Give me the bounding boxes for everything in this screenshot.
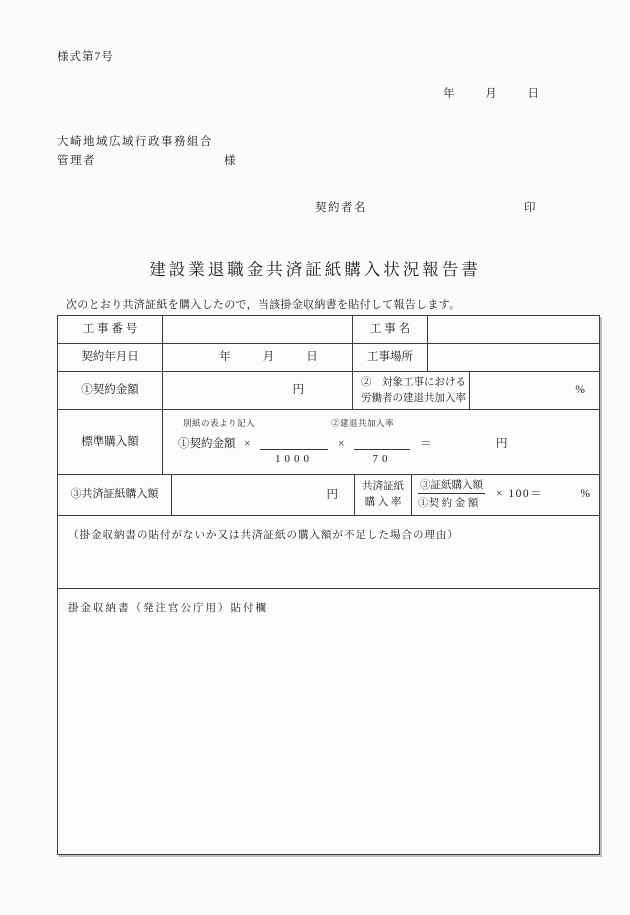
report-table: 工 事 番 号 工 事 名 契約年月日 年 月 日 工事場所 ①契約金額 円 ②… (57, 315, 600, 855)
purchase-rate-label: 共済証紙 購 入 率 (355, 475, 412, 515)
intro-text: 次のとおり共済証紙を購入したので，当該掛金収納書を貼付して報告します。 (66, 296, 460, 312)
multiply-sign-1: × (244, 437, 251, 451)
purchase-rate-formula: ③証紙購入額 ①契 約 金 額 × 100＝ % (412, 475, 599, 515)
addressee-organization: 大崎地域広域行政事務組合 (57, 136, 213, 150)
yen-unit-label: 円 (496, 437, 508, 451)
yen-unit-label: 円 (327, 488, 339, 502)
participation-rate-label-line1: ② 対象工事における (361, 375, 466, 391)
addressee-role: 管理者 (57, 155, 96, 169)
contract-day-label: 日 (306, 350, 318, 364)
blank-fraction-1 (260, 437, 328, 450)
table-row-contract-date: 契約年月日 年 月 日 工事場所 (58, 344, 599, 372)
multiply-sign-2: × (338, 437, 345, 451)
yen-unit-label: 円 (293, 383, 305, 397)
contractor-name-label: 契約者名 (315, 202, 367, 216)
date-year-label: 年 (443, 88, 455, 102)
document-page: 様式第7号 年 月 日 大崎地域広域行政事務組合 管理者 様 契約者名 印 建設… (0, 0, 630, 915)
receipt-attachment-area: 掛金収納書（発注官公庁用）貼付欄 (58, 589, 599, 854)
table-row-attachment: 掛金収納書（発注官公庁用）貼付欄 (58, 589, 599, 854)
rate-fraction-numerator: ③証紙購入額 (418, 479, 485, 494)
construction-name-label: 工 事 名 (353, 316, 428, 343)
stamp-purchase-label: ③共済証紙購入額 (58, 475, 172, 515)
purchase-rate-label-line1: 共済証紙 (362, 479, 404, 495)
standard-purchase-label: 標準購入額 (58, 410, 163, 474)
addressee-honorific: 様 (224, 155, 237, 169)
page-title: 建設業退職金共済証紙購入状況報告書 (0, 256, 630, 280)
date-line: 年 月 日 (443, 88, 539, 102)
purchase-rate-label-line2: 購 入 率 (365, 495, 402, 511)
denominator-70: 70 (354, 453, 410, 467)
contract-year-label: 年 (219, 350, 231, 364)
formula-note-attached-table: 別紙の表より記入 (183, 418, 255, 429)
addressee-line: 管理者 様 (57, 155, 237, 169)
table-row-reason: （掛金収納書の貼付がないか又は共済証紙の購入額が不足した場合の理由） (58, 516, 599, 589)
reason-note: （掛金収納書の貼付がないか又は共済証紙の購入額が不足した場合の理由） (58, 516, 599, 588)
equals-sign: ＝ (420, 437, 432, 451)
site-location-field (428, 344, 599, 371)
participation-rate-label-line2: 労働者の建退共加入率 (361, 391, 466, 407)
formula-note-rate: ②建退共加入率 (331, 418, 394, 429)
percent-unit-label: % (575, 383, 585, 397)
rate-fraction-denominator: ①契 約 金 額 (418, 497, 478, 510)
construction-number-field (163, 316, 353, 343)
participation-rate-label: ② 対象工事における 労働者の建退共加入率 (353, 372, 470, 409)
form-number: 様式第7号 (57, 51, 114, 65)
table-row-standard-purchase: 標準購入額 別紙の表より記入 ②建退共加入率 ①契約金額 × 1000 × 70… (58, 410, 599, 475)
contractor-line: 契約者名 印 (315, 202, 537, 216)
construction-number-label: 工 事 番 号 (58, 316, 163, 343)
contract-amount-label: ①契約金額 (58, 372, 163, 409)
site-location-label: 工事場所 (353, 344, 428, 371)
blank-fraction-2 (354, 437, 410, 450)
contract-amount-field: 円 (163, 372, 353, 409)
formula-prefix: ①契約金額 (178, 437, 236, 451)
standard-purchase-formula: 別紙の表より記入 ②建退共加入率 ①契約金額 × 1000 × 70 ＝ 円 (163, 410, 599, 474)
construction-name-field (428, 316, 599, 343)
seal-label: 印 (524, 202, 537, 216)
participation-rate-field: % (470, 372, 599, 409)
table-row-stamp-purchase: ③共済証紙購入額 円 共済証紙 購 入 率 ③証紙購入額 ①契 約 金 額 × … (58, 475, 599, 516)
denominator-1000: 1000 (260, 453, 328, 467)
date-month-label: 月 (485, 88, 497, 102)
percent-unit-label: % (580, 487, 590, 501)
contract-date-label: 契約年月日 (58, 344, 163, 371)
table-row-contract-amount: ①契約金額 円 ② 対象工事における 労働者の建退共加入率 % (58, 372, 599, 410)
date-day-label: 日 (528, 88, 540, 102)
rate-multiplier: × 100＝ (496, 487, 543, 501)
stamp-purchase-field: 円 (172, 475, 355, 515)
contract-date-field: 年 月 日 (163, 344, 353, 371)
contract-month-label: 月 (263, 350, 275, 364)
table-row-construction-number: 工 事 番 号 工 事 名 (58, 316, 599, 344)
